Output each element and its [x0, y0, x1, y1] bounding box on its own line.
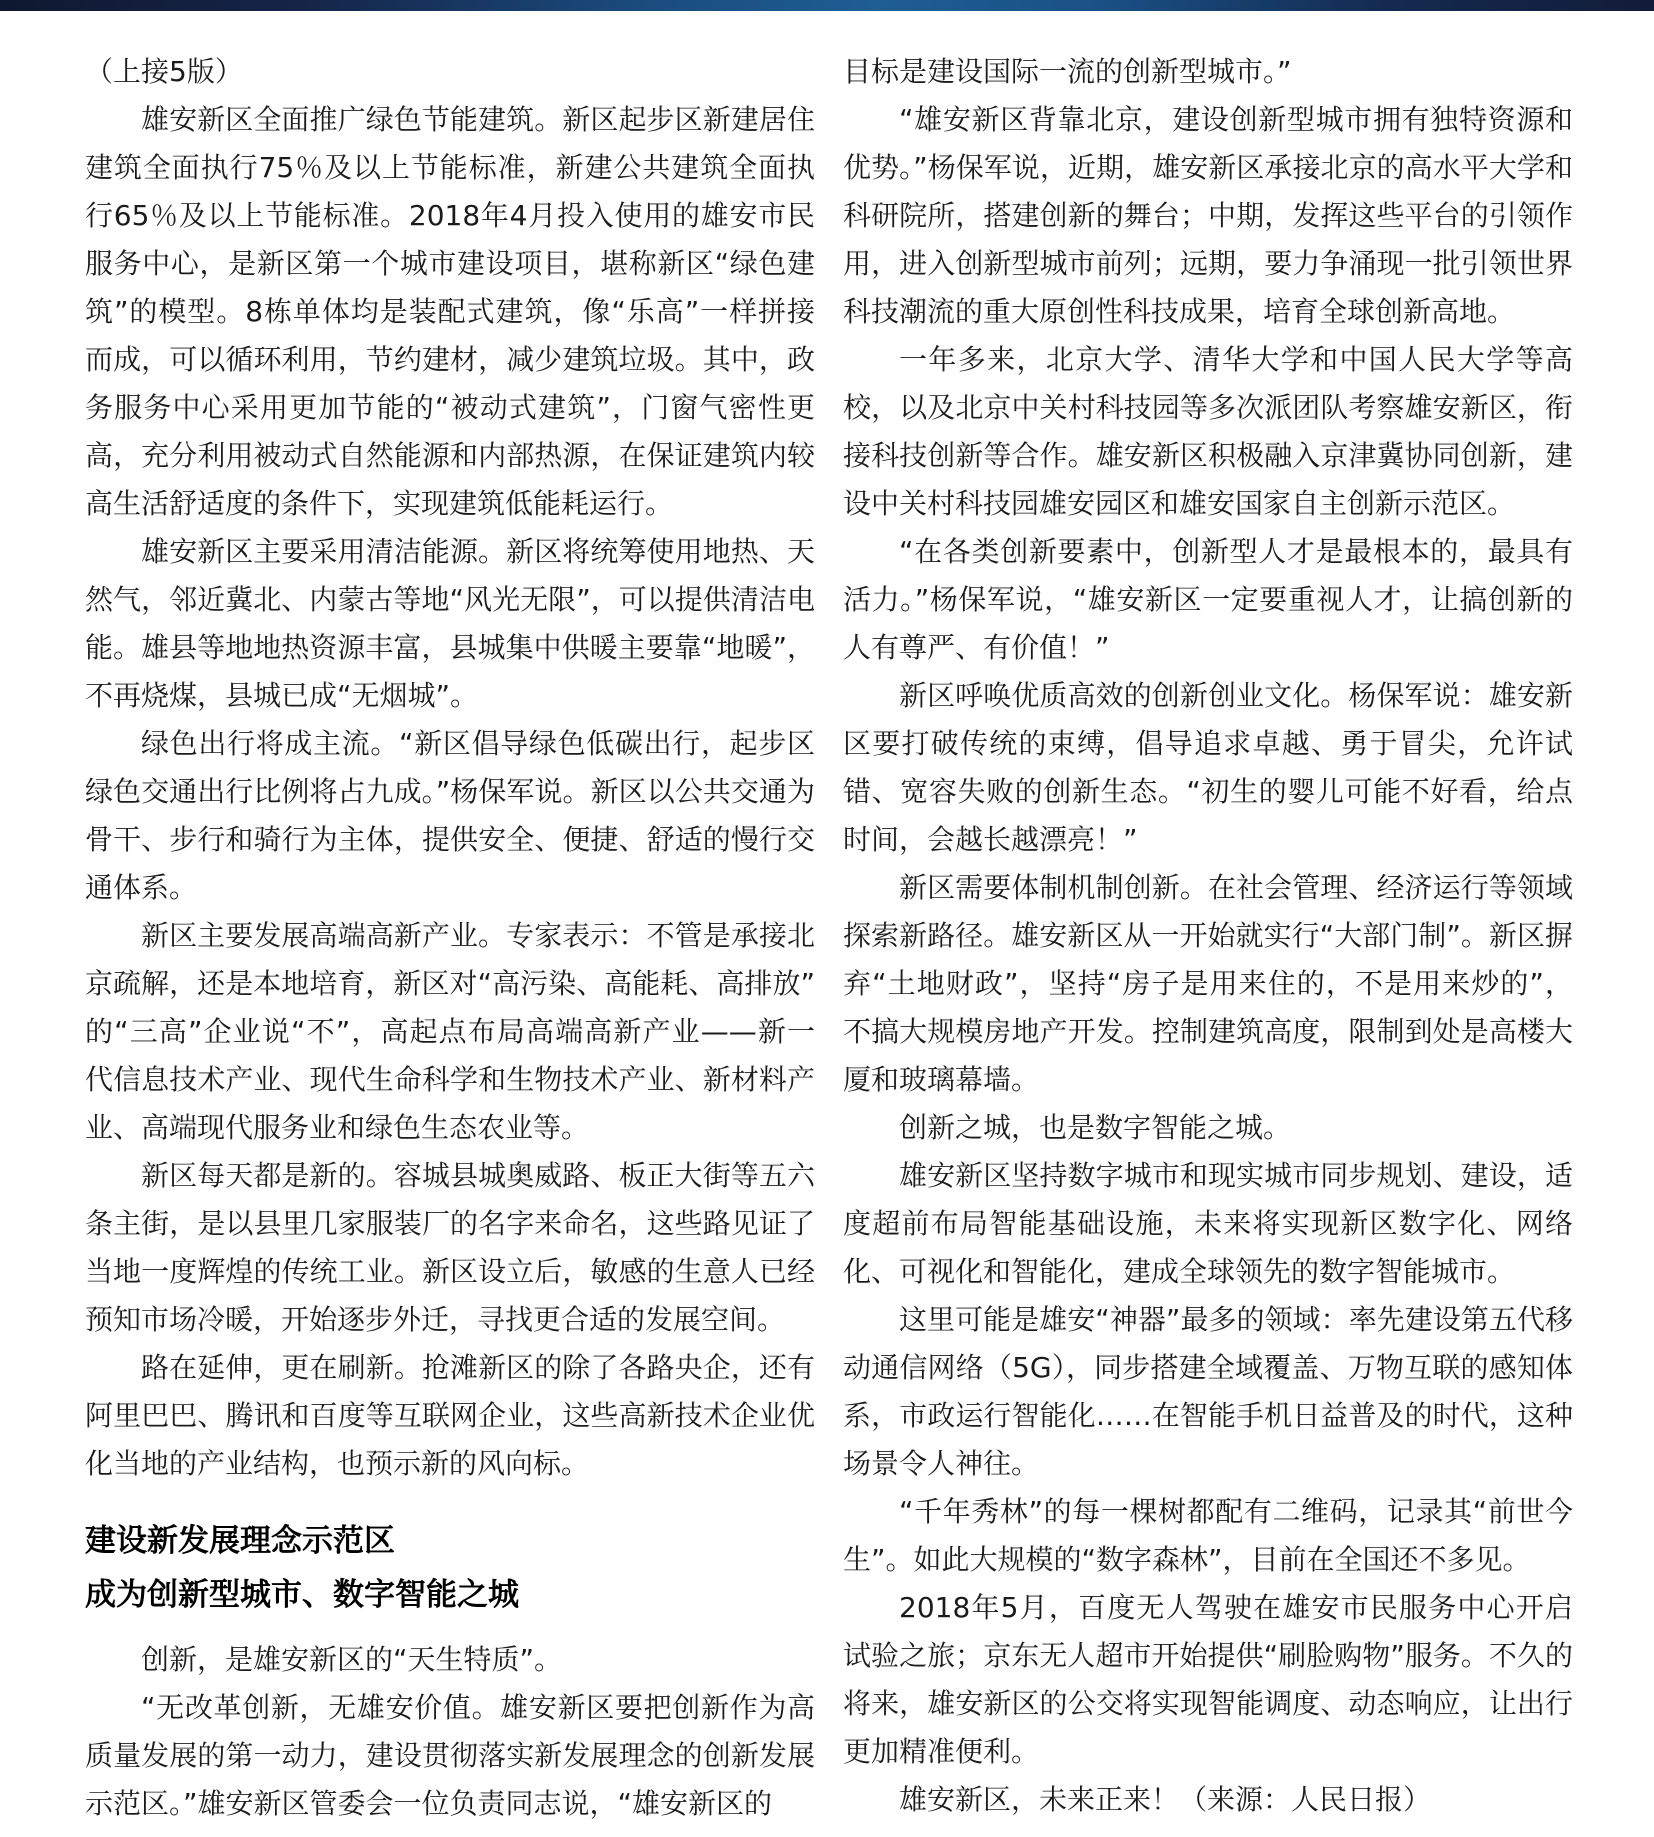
paragraph: 新区主要发展高端高新产业。专家表示：不管是承接北京疏解，还是本地培育，新区对“高…	[85, 912, 815, 1152]
continued-from-note: （上接5版）	[85, 48, 815, 96]
paragraph: 新区每天都是新的。容城县城奥威路、板正大街等五六条主街，是以县里几家服装厂的名字…	[85, 1152, 815, 1344]
paragraph: 雄安新区全面推广绿色节能建筑。新区起步区新建居住建筑全面执行75％及以上节能标准…	[85, 96, 815, 528]
paragraph: 这里可能是雄安“神器”最多的领域：率先建设第五代移动通信网络（5G），同步搭建全…	[843, 1296, 1573, 1488]
paragraph: 雄安新区主要采用清洁能源。新区将统筹使用地热、天然气，邻近冀北、内蒙古等地“风光…	[85, 528, 815, 720]
paragraph: 2018年5月，百度无人驾驶在雄安市民服务中心开启试验之旅；京东无人超市开始提供…	[843, 1584, 1573, 1776]
paragraph: 创新之城，也是数字智能之城。	[843, 1104, 1573, 1152]
article-left-column: （上接5版）雄安新区全面推广绿色节能建筑。新区起步区新建居住建筑全面执行75％及…	[85, 48, 815, 1828]
paragraph: 路在延伸，更在刷新。抢滩新区的除了各路央企，还有阿里巴巴、腾讯和百度等互联网企业…	[85, 1344, 815, 1488]
paragraph: 雄安新区，未来正来！（来源：人民日报）	[843, 1776, 1573, 1824]
paragraph: “在各类创新要素中，创新型人才是最根本的，最具有活力。”杨保军说，“雄安新区一定…	[843, 528, 1573, 672]
page-top-banner	[0, 0, 1654, 11]
section-heading: 建设新发展理念示范区 成为创新型城市、数字智能之城	[85, 1514, 815, 1622]
paragraph: “无改革创新，无雄安价值。雄安新区要把创新作为高质量发展的第一动力，建设贯彻落实…	[85, 1684, 815, 1828]
paragraph: 创新，是雄安新区的“天生特质”。	[85, 1636, 815, 1684]
paragraph: 雄安新区坚持数字城市和现实城市同步规划、建设，适度超前布局智能基础设施，未来将实…	[843, 1152, 1573, 1296]
paragraph: “雄安新区背靠北京，建设创新型城市拥有独特资源和优势。”杨保军说，近期，雄安新区…	[843, 96, 1573, 336]
paragraph: 新区呼唤优质高效的创新创业文化。杨保军说：雄安新区要打破传统的束缚，倡导追求卓越…	[843, 672, 1573, 864]
paragraph: 一年多来，北京大学、清华大学和中国人民大学等高校，以及北京中关村科技园等多次派团…	[843, 336, 1573, 528]
paragraph: 新区需要体制机制创新。在社会管理、经济运行等领域探索新路径。雄安新区从一开始就实…	[843, 864, 1573, 1104]
paragraph: 目标是建设国际一流的创新型城市。”	[843, 48, 1573, 96]
paragraph: “千年秀林”的每一棵树都配有二维码，记录其“前世今生”。如此大规模的“数字森林”…	[843, 1488, 1573, 1584]
article-right-column: 目标是建设国际一流的创新型城市。”“雄安新区背靠北京，建设创新型城市拥有独特资源…	[843, 48, 1573, 1824]
paragraph: 绿色出行将成主流。“新区倡导绿色低碳出行，起步区绿色交通出行比例将占九成。”杨保…	[85, 720, 815, 912]
